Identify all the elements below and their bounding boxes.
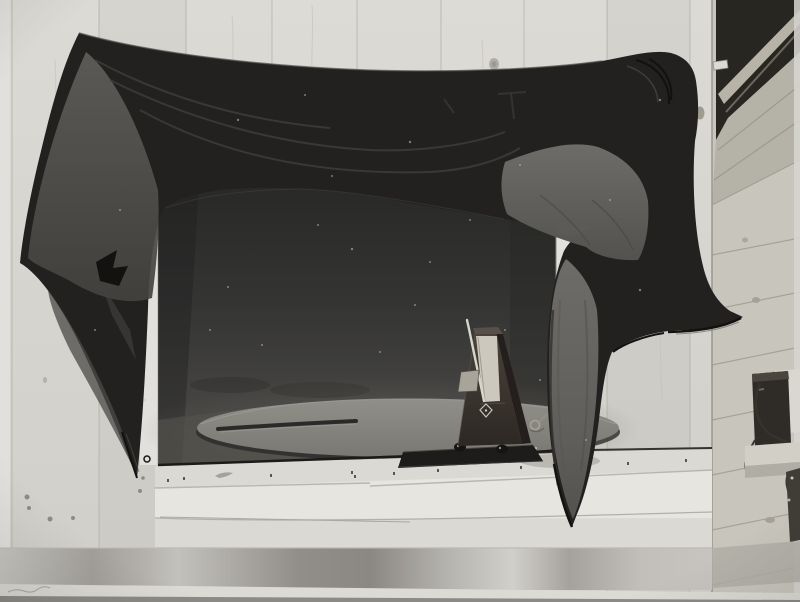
photo-scene [0,0,800,602]
photo-vignette [0,0,800,602]
photograph-metronome-in-draped-niche [0,0,800,602]
